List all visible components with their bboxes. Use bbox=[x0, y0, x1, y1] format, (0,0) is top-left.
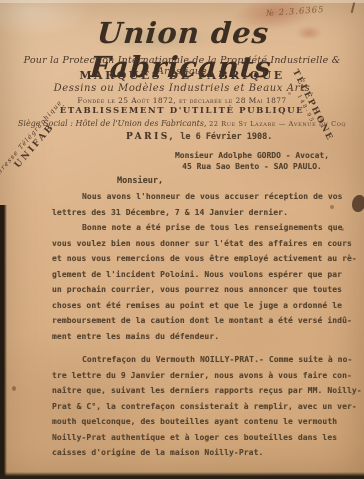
body-line: et nous vous remercions de vous être emp… bbox=[52, 251, 350, 267]
letterhead-siege-social: Siège Social : Hôtel de l'Union des Fabr… bbox=[0, 119, 364, 128]
paragraph-1: Nous avons l'honneur de vous accuser réc… bbox=[52, 189, 350, 220]
dateline-city: PARIS, bbox=[126, 132, 175, 142]
letterhead-marques-de-fabrique: MARQUES DE FABRIQUE bbox=[0, 69, 364, 82]
body-line: remboursement de la caution dont le mont… bbox=[52, 313, 350, 329]
recipient-address: 45 Rua Sao Bento - SAO PAULO. bbox=[152, 162, 352, 173]
letterhead-etablissement: ÉTABLISSEMENT D'UTILITÉ PUBLIQUE bbox=[0, 106, 364, 116]
recipient-name: Monsieur Adolphe GORDO - Avocat, bbox=[152, 151, 352, 162]
letterhead-founding-line: Fondée le 25 Août 1872, et déclarée le 2… bbox=[0, 96, 364, 105]
body-line: mouth quelconque, des bouteilles ayant c… bbox=[52, 414, 350, 430]
recipient-block: Monsieur Adolphe GORDO - Avocat, 45 Rua … bbox=[152, 151, 352, 172]
scan-edge-left bbox=[0, 205, 7, 479]
corner-pen-mark bbox=[351, 2, 356, 13]
paragraph-3-noilly-prat: Contrefaçon du Vermouth NOILLY-PRAT.- Co… bbox=[52, 352, 350, 461]
siege-social-script: Siège Social : Hôtel de l'Union des Fabr… bbox=[18, 119, 207, 128]
dateline: PARIS, le 6 Février 1908. bbox=[126, 132, 272, 142]
body-line: caisses d'origine de la maison Noilly-Pr… bbox=[52, 445, 350, 461]
body-line: Prat & C°, la contrefaçon consisterait à… bbox=[52, 399, 350, 415]
body-line: naître que, suivant les derniers rapport… bbox=[52, 383, 350, 399]
body-line: lettres des 31 Décembre, 7 & 14 Janvier … bbox=[52, 205, 350, 221]
ink-blot bbox=[352, 195, 364, 212]
scanned-letter-photo: № 2.3.6365 Adresse Télégraphique UNIFAB … bbox=[0, 0, 364, 479]
dateline-date: le 6 Février 1908. bbox=[175, 132, 272, 142]
paragraph-2: Bonne note a été prise de tous les rense… bbox=[52, 220, 350, 344]
body-line: choses ont été remises au point et que l… bbox=[52, 298, 350, 314]
letterhead-dessins-modeles: Dessins ou Modèles Industriels et Beaux … bbox=[0, 83, 364, 94]
body-line: ment entre les mains du défendeur. bbox=[52, 329, 350, 345]
body-line: vous voulez bien nous donner sur l'état … bbox=[52, 236, 350, 252]
scan-edge-top bbox=[0, 0, 364, 3]
letter-body: Nous avons l'honneur de vous accuser réc… bbox=[52, 189, 350, 461]
foxing-dot bbox=[12, 386, 16, 391]
body-line: Nous avons l'honneur de vous accuser réc… bbox=[52, 189, 350, 205]
body-line: Noilly-Prat authentique et à loger ces b… bbox=[52, 430, 350, 446]
scan-edge-bottom bbox=[0, 472, 364, 479]
siege-social-address: 22 Rue St Lazare — Avenue du Coq bbox=[209, 120, 346, 128]
body-line: Contrefaçon du Vermouth NOILLY-PRAT.- Co… bbox=[52, 352, 350, 368]
body-line: tre lettre du 9 Janvier dernier, nous av… bbox=[52, 368, 350, 384]
body-line: un prochain courrier, vous pourrez nous … bbox=[52, 282, 350, 298]
body-line: Bonne note a été prise de tous les rense… bbox=[52, 220, 350, 236]
body-line: glement de l'incident Poloini. Nous voul… bbox=[52, 267, 350, 283]
salutation: Monsieur, bbox=[117, 176, 163, 186]
